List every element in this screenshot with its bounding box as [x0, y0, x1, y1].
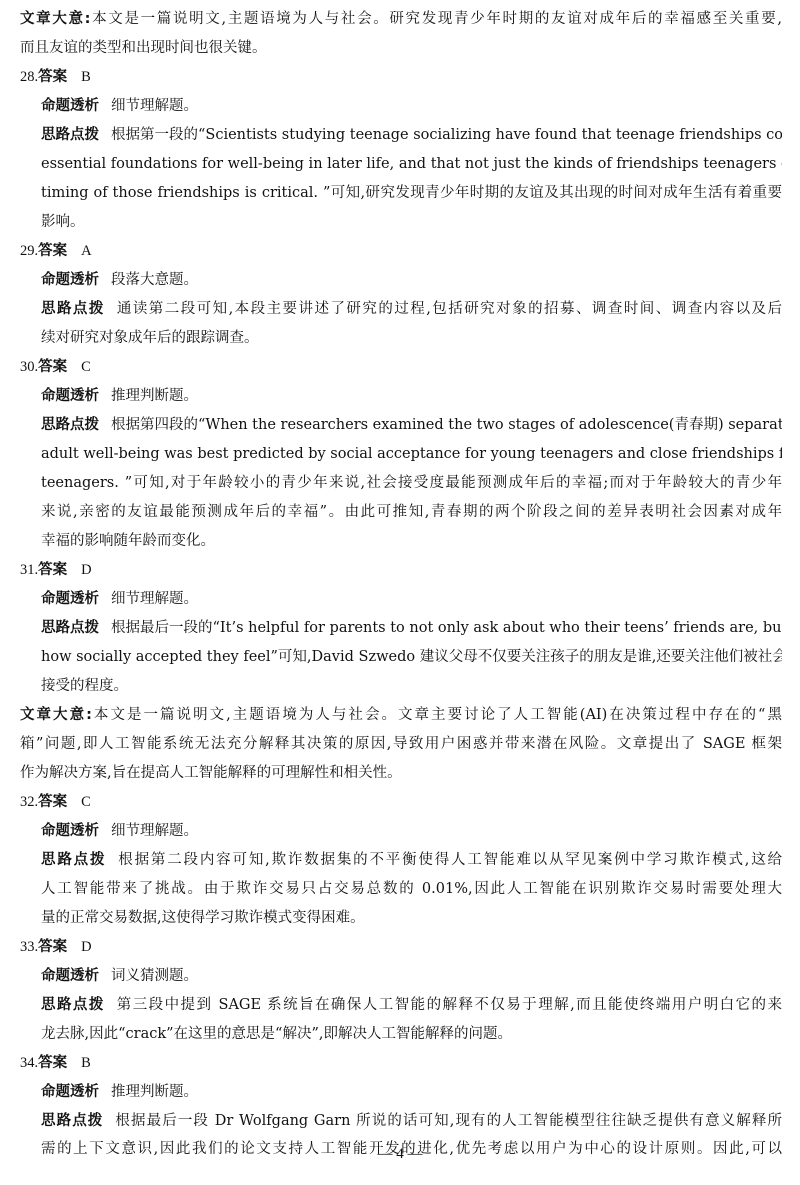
- answer-label: 答案: [38, 794, 67, 810]
- question-32-hint-line-2: 人工智能带来了挑战。由于欺诈交易只占交易总数的 0.01%,因此人工智能在识别欺…: [41, 879, 782, 899]
- question-number: 29.: [20, 243, 38, 259]
- question-28-hint-line-4: 影响。: [41, 212, 782, 232]
- question-28-analysis: 命题透析细节理解题。: [41, 96, 782, 116]
- question-29-hint-line-1: 思路点拨通读第二段可知,本段主要讲述了研究的过程,包括研究对象的招募、调查时间、…: [41, 299, 782, 319]
- hint-label: 思路点拨: [41, 301, 105, 317]
- answer-label: 答案: [38, 1055, 67, 1071]
- hint-label: 思路点拨: [41, 1113, 103, 1129]
- question-30-hint-line-5: 幸福的影响随年龄而变化。: [41, 531, 782, 551]
- summary-label: 文章大意:: [20, 707, 92, 723]
- summary-label: 文章大意:: [20, 11, 90, 27]
- question-number: 28.: [20, 69, 38, 85]
- analysis-text: 推理判断题。: [111, 1084, 198, 1100]
- question-30-answer: 30.答案C: [20, 357, 782, 377]
- passage2-summary-line-1: 文章大意:本文是一篇说明文,主题语境为人与社会。文章主要讨论了人工智能(AI)在…: [20, 705, 782, 725]
- answer-value: D: [81, 939, 91, 955]
- analysis-text: 细节理解题。: [111, 591, 198, 607]
- analysis-label: 命题透析: [41, 1084, 99, 1100]
- question-31-hint-line-2: how socially accepted they feel”可知,David…: [41, 647, 782, 667]
- passage1-summary-line-1: 文章大意:本文是一篇说明文,主题语境为人与社会。研究发现青少年时期的友谊对成年后…: [20, 9, 782, 29]
- question-30-hint-line-1: 思路点拨根据第四段的“When the researchers examined…: [41, 415, 782, 435]
- hint-text: 根据第四段的“When the researchers examined the…: [111, 417, 782, 433]
- answer-label: 答案: [38, 243, 67, 259]
- question-31-hint-line-1: 思路点拨根据最后一段的“It’s helpful for parents to …: [41, 618, 782, 638]
- answer-label: 答案: [38, 359, 67, 375]
- analysis-text: 细节理解题。: [111, 823, 198, 839]
- summary-text: 本文是一篇说明文,主题语境为人与社会。研究发现青少年时期的友谊对成年后的幸福感至…: [90, 11, 782, 27]
- question-29-hint-line-2: 续对研究对象成年后的跟踪调查。: [41, 328, 782, 348]
- hint-text: 根据最后一段的“It’s helpful for parents to not …: [111, 620, 782, 636]
- question-31-hint-line-3: 接受的程度。: [41, 676, 782, 696]
- hint-label: 思路点拨: [41, 417, 99, 433]
- analysis-label: 命题透析: [41, 98, 99, 114]
- analysis-label: 命题透析: [41, 968, 99, 984]
- question-34-answer: 34.答案B: [20, 1053, 782, 1073]
- question-33-hint-line-2: 龙去脉,因此“crack”在这里的意思是“解决”,即解决人工智能解释的问题。: [41, 1024, 782, 1044]
- question-28-hint-line-2: essential foundations for well-being in …: [41, 154, 782, 174]
- question-number: 31.: [20, 562, 38, 578]
- answer-label: 答案: [38, 69, 67, 85]
- question-number: 32.: [20, 794, 38, 810]
- answer-label: 答案: [38, 939, 67, 955]
- question-number: 34.: [20, 1055, 38, 1071]
- answer-label: 答案: [38, 562, 67, 578]
- question-31-answer: 31.答案D: [20, 560, 782, 580]
- question-28-answer: 28.答案B: [20, 67, 782, 87]
- question-29-analysis: 命题透析段落大意题。: [41, 270, 782, 290]
- question-30-hint-line-2: adult well-being was best predicted by s…: [41, 444, 782, 464]
- question-number: 30.: [20, 359, 38, 375]
- question-30-hint-line-3: teenagers. ”可知,对于年龄较小的青少年来说,社会接受度最能预测成年后…: [41, 473, 782, 493]
- hint-text: 通读第二段可知,本段主要讲述了研究的过程,包括研究对象的招募、调查时间、调查内容…: [117, 301, 782, 317]
- question-32-analysis: 命题透析细节理解题。: [41, 821, 782, 841]
- question-30-hint-line-4: 来说,亲密的友谊最能预测成年后的幸福”。由此可推知,青春期的两个阶段之间的差异表…: [41, 502, 782, 522]
- question-32-answer: 32.答案C: [20, 792, 782, 812]
- question-28-hint-line-1: 思路点拨根据第一段的“Scientists studying teenage s…: [41, 125, 782, 145]
- answer-value: A: [81, 243, 91, 259]
- answer-value: C: [81, 794, 91, 810]
- answer-value: B: [81, 1055, 91, 1071]
- answer-value: B: [81, 69, 91, 85]
- analysis-text: 推理判断题。: [111, 388, 198, 404]
- question-number: 33.: [20, 939, 38, 955]
- question-33-analysis: 命题透析词义猜测题。: [41, 966, 782, 986]
- page-number: — 4 —: [0, 1146, 800, 1163]
- passage2-summary-line-3: 作为解决方案,旨在提高人工智能解释的可理解性和相关性。: [20, 763, 782, 783]
- hint-label: 思路点拨: [41, 852, 106, 868]
- hint-text: 第三段中提到 SAGE 系统旨在确保人工智能的解释不仅易于理解,而且能使终端用户…: [117, 997, 782, 1013]
- analysis-label: 命题透析: [41, 591, 99, 607]
- hint-text: 根据第二段内容可知,欺诈数据集的不平衡使得人工智能难以从罕见案例中学习欺诈模式,…: [118, 852, 782, 868]
- question-29-answer: 29.答案A: [20, 241, 782, 261]
- hint-label: 思路点拨: [41, 127, 99, 143]
- answer-value: C: [81, 359, 91, 375]
- passage1-summary-line-2: 而且友谊的类型和出现时间也很关键。: [20, 38, 782, 58]
- hint-label: 思路点拨: [41, 620, 99, 636]
- analysis-text: 段落大意题。: [111, 272, 198, 288]
- hint-label: 思路点拨: [41, 997, 105, 1013]
- question-30-analysis: 命题透析推理判断题。: [41, 386, 782, 406]
- answer-value: D: [81, 562, 91, 578]
- analysis-label: 命题透析: [41, 388, 99, 404]
- analysis-text: 细节理解题。: [111, 98, 198, 114]
- analysis-label: 命题透析: [41, 272, 99, 288]
- analysis-label: 命题透析: [41, 823, 99, 839]
- hint-text: 根据第一段的“Scientists studying teenage socia…: [111, 127, 782, 143]
- question-34-analysis: 命题透析推理判断题。: [41, 1082, 782, 1102]
- hint-text: 根据最后一段 Dr Wolfgang Garn 所说的话可知,现有的人工智能模型…: [115, 1113, 782, 1129]
- passage2-summary-line-2: 箱”问题,即人工智能系统无法充分解释其决策的原因,导致用户困惑并带来潜在风险。文…: [20, 734, 782, 754]
- question-32-hint-line-1: 思路点拨根据第二段内容可知,欺诈数据集的不平衡使得人工智能难以从罕见案例中学习欺…: [41, 850, 782, 870]
- question-31-analysis: 命题透析细节理解题。: [41, 589, 782, 609]
- document-page: 文章大意:本文是一篇说明文,主题语境为人与社会。研究发现青少年时期的友谊对成年后…: [0, 0, 800, 1185]
- question-33-hint-line-1: 思路点拨第三段中提到 SAGE 系统旨在确保人工智能的解释不仅易于理解,而且能使…: [41, 995, 782, 1015]
- question-32-hint-line-3: 量的正常交易数据,这使得学习欺诈模式变得困难。: [41, 908, 782, 928]
- question-33-answer: 33.答案D: [20, 937, 782, 957]
- analysis-text: 词义猜测题。: [111, 968, 198, 984]
- question-34-hint-line-1: 思路点拨根据最后一段 Dr Wolfgang Garn 所说的话可知,现有的人工…: [41, 1111, 782, 1131]
- summary-text: 本文是一篇说明文,主题语境为人与社会。文章主要讨论了人工智能(AI)在决策过程中…: [92, 707, 782, 723]
- question-28-hint-line-3: timing of those friendships is critical.…: [41, 183, 782, 203]
